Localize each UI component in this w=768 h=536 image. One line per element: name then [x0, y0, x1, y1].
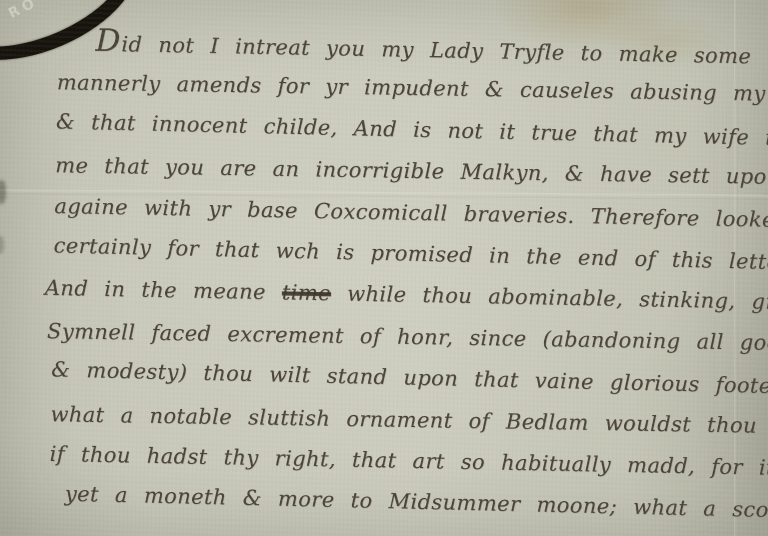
- line-7-pre: And in the meane: [45, 276, 283, 305]
- struck-word: time: [282, 281, 332, 306]
- ink-smudge: [0, 236, 4, 254]
- line-7-post: while thou abominable, stinking, greasie…: [331, 282, 768, 316]
- manuscript-page: RO Did not I intreat you my Lady Tryfle …: [0, 0, 768, 536]
- letter-text-block: Did not I intreat you my Lady Tryfle to …: [48, 20, 768, 532]
- ink-smudge: [0, 180, 6, 204]
